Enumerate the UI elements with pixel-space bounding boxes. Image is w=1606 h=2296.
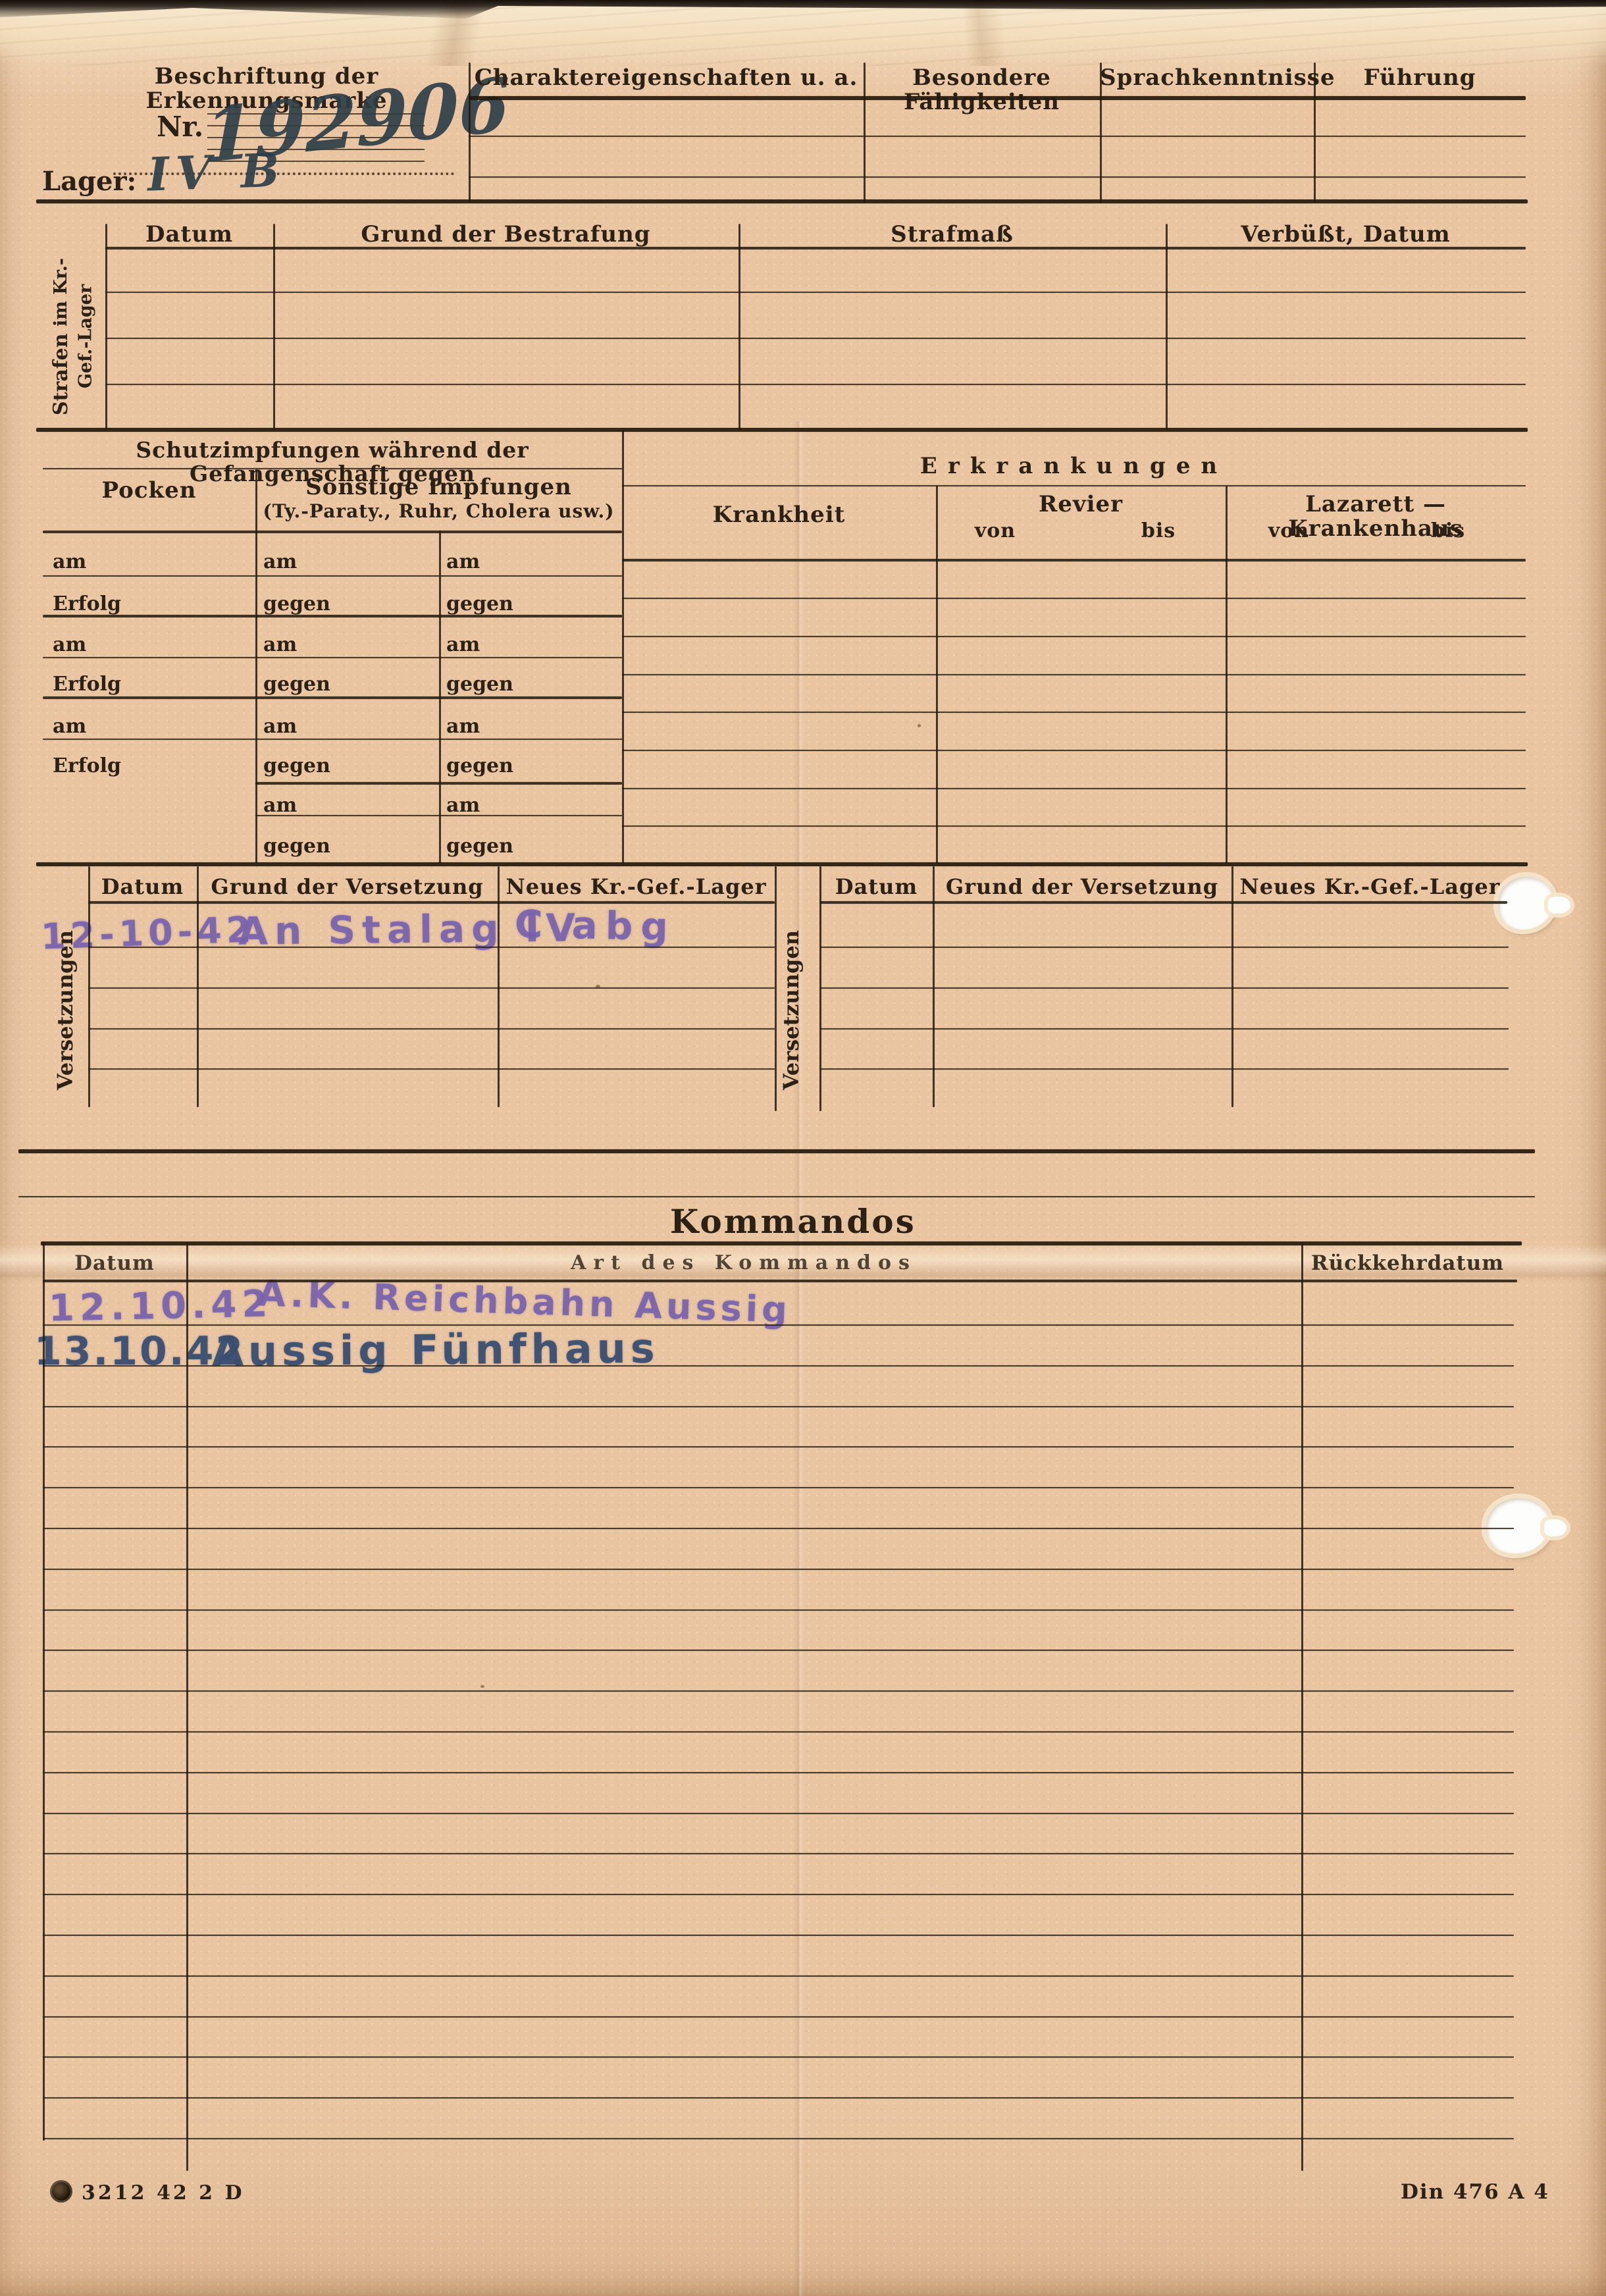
rule-line (469, 96, 1526, 100)
col-header-revier: Revier (936, 492, 1226, 517)
rule-line (43, 2056, 1514, 2058)
col-header-krankheit: Krankheit (622, 503, 936, 527)
paper-speck (918, 724, 921, 727)
rule-line (255, 469, 257, 864)
rule-line (469, 63, 471, 203)
rule-line (43, 1975, 1514, 1977)
rule-line (105, 338, 1526, 339)
col-header-lazarett-von: von (1256, 520, 1322, 542)
lager-label: Lager: (42, 166, 136, 197)
rule-line (439, 531, 441, 864)
col-header-charaktereigenschaften: Charaktereigenschaften u. a. (469, 66, 864, 90)
vaccination-row-label: am (263, 715, 297, 738)
rule-line (864, 63, 866, 203)
rule-line (43, 739, 622, 740)
section-title-kommandos: Kommandos (670, 1203, 897, 1239)
rule-line (820, 947, 1509, 948)
rule-line (622, 712, 1526, 713)
stamp-versetzung-date: 12-10-42 (40, 908, 256, 957)
rule-line (498, 866, 500, 1107)
col-header-grund-der-versetzung-left: Grund der Versetzung (197, 875, 498, 899)
handwritten-camp: IV B (147, 142, 287, 201)
rule-line (105, 292, 1526, 293)
rule-line (36, 199, 1528, 203)
rule-line (18, 1196, 1535, 1197)
rule-line (43, 1365, 1514, 1367)
side-label-strafen: Strafen im Kr.-Gef.-Lager (49, 250, 105, 423)
rule-line (88, 866, 90, 1107)
vaccination-row-label: Erfolg (53, 592, 121, 615)
vaccination-row-label: gegen (446, 592, 513, 615)
rule-line (43, 575, 622, 577)
nr-label: Nr. (157, 111, 203, 143)
vaccination-row-label: gegen (263, 592, 330, 615)
rule-line (43, 1853, 1514, 1854)
vaccination-row-label: am (263, 794, 297, 817)
rule-line (933, 866, 935, 1107)
col-header-sprachkenntnisse: Sprachkenntnisse (1100, 66, 1314, 90)
rule-line (43, 696, 622, 699)
rule-line (43, 468, 622, 469)
rule-line (36, 862, 1528, 866)
rule-line (43, 1324, 1514, 1326)
rule-line (820, 1028, 1509, 1030)
rule-line (105, 224, 107, 430)
paper-speck (480, 1685, 484, 1688)
vaccination-row-label: Erfolg (53, 754, 121, 777)
rule-line (88, 1068, 775, 1070)
rule-line (43, 1935, 1514, 1936)
vaccination-row-label: gegen (263, 754, 330, 777)
worn-top-edge (0, 3, 1606, 66)
vaccination-row-label: Erfolg (53, 673, 121, 696)
rule-line (1301, 1243, 1303, 2171)
rule-line (820, 901, 1507, 904)
rule-line (622, 598, 1526, 599)
vaccination-row-label: am (53, 715, 86, 738)
col-header-kommando-datum: Datum (43, 1252, 186, 1274)
stamp-kommando-1-date: 12.10.42 (48, 1282, 273, 1330)
vaccination-row-label: gegen (446, 835, 513, 858)
rule-line (43, 2016, 1514, 2018)
rule-line (622, 636, 1526, 637)
rule-line (936, 486, 938, 864)
col-header-sonstige-impfungen: Sonstige Impfungen (255, 475, 622, 500)
rule-line (1226, 486, 1228, 864)
rule-line (622, 430, 624, 864)
col-header-revier-bis: bis (1126, 520, 1191, 542)
rule-line (43, 1772, 1514, 1773)
rule-line (622, 750, 1526, 751)
side-label-versetzungen-right: Versetzungen (779, 915, 817, 1106)
col-header-versetzung-datum-left: Datum (88, 875, 197, 899)
footer-din-format: Din 476 A 4 (1401, 2180, 1549, 2204)
col-header-strafmass: Strafmaß (738, 222, 1166, 247)
rule-line (43, 1280, 1517, 1282)
punch-hole (1486, 1498, 1549, 1553)
col-header-versetzung-datum-right: Datum (820, 875, 933, 899)
rule-line (1100, 63, 1102, 203)
pow-record-card-back: Beschriftung der Erkennungsmarke Nr. 192… (0, 0, 1606, 2296)
rule-line (622, 674, 1526, 675)
rule-line (43, 1609, 1514, 1611)
rule-line (43, 657, 622, 658)
rule-line (43, 2097, 1514, 2099)
col-header-fuehrung: Führung (1314, 66, 1526, 90)
col-header-lazarett-bis: bis (1415, 520, 1481, 542)
printer-mark-icon (50, 2180, 72, 2203)
vaccination-row-label: gegen (446, 754, 513, 777)
col-header-pocken: Pocken (43, 479, 255, 503)
rule-line (43, 1731, 1514, 1733)
rule-line (88, 901, 775, 904)
rule-line (775, 866, 777, 1111)
rule-line (88, 1028, 775, 1030)
col-header-art-des-kommandos: Art des Kommandos (186, 1252, 1301, 1274)
col-header-sonstige-impfungen-detail: (Ty.-Paraty., Ruhr, Cholera usw.) (255, 502, 622, 522)
rule-line (105, 384, 1526, 385)
rule-line (622, 559, 1526, 561)
vaccination-row-label: am (53, 633, 86, 656)
vaccination-row-label: gegen (263, 835, 330, 858)
vaccination-row-label: am (446, 715, 480, 738)
vaccination-row-label: gegen (263, 673, 330, 696)
rule-line (43, 531, 622, 533)
col-header-rueckkehrdatum: Rückkehrdatum (1301, 1252, 1514, 1274)
col-header-neues-lager-right: Neues Kr.-Gef.-Lager (1231, 875, 1509, 899)
rule-line (820, 1068, 1509, 1070)
rule-line (1314, 63, 1316, 203)
vaccination-row-label: am (53, 550, 86, 573)
rule-line (622, 788, 1526, 789)
rule-line (105, 247, 1526, 249)
vaccination-row-label: am (446, 794, 480, 817)
rule-line (469, 136, 1526, 137)
col-header-grund-der-bestrafung: Grund der Bestrafung (273, 222, 738, 247)
rule-line (43, 1569, 1514, 1570)
vaccination-row-label: am (263, 550, 297, 573)
stamp-versetzung-neues-lager: C abg (514, 902, 676, 949)
rule-line (43, 1243, 45, 2141)
rule-line (43, 1650, 1514, 1651)
col-header-verbuesst-datum: Verbüßt, Datum (1166, 222, 1526, 247)
rule-line (738, 224, 740, 430)
stamp-kommando-2-art: Aussig Fünfhaus (212, 1324, 660, 1376)
col-header-grund-der-versetzung-right: Grund der Versetzung (933, 875, 1231, 899)
rule-line (36, 428, 1528, 432)
rule-line (88, 947, 775, 948)
rule-line (819, 866, 821, 1111)
rule-line (622, 825, 1526, 827)
section-title-erkrankungen: Erkrankungen (622, 454, 1526, 479)
vaccination-row-label: am (446, 633, 480, 656)
col-header-neues-lager-left: Neues Kr.-Gef.-Lager (498, 875, 775, 899)
vaccination-row-label: am (263, 633, 297, 656)
rule-line (43, 1894, 1514, 1895)
rule-line (43, 1446, 1514, 1448)
rule-line (43, 615, 622, 617)
rule-line (43, 1813, 1514, 1814)
rule-line (622, 485, 1526, 486)
col-header-revier-von: von (962, 520, 1028, 542)
vaccination-row-label: gegen (446, 673, 513, 696)
rule-line (820, 987, 1509, 989)
side-label-strafen-line1: Strafen (49, 333, 72, 415)
rule-line (43, 1406, 1514, 1407)
rule-line (1166, 224, 1168, 430)
rule-line (186, 1243, 188, 2171)
rule-line (469, 176, 1526, 178)
rule-line (43, 1487, 1514, 1488)
rule-line (43, 1690, 1514, 1692)
rule-line (18, 1149, 1535, 1153)
footer-print-code: 3212 42 2 D (82, 2181, 244, 2205)
vaccination-row-label: am (446, 550, 480, 573)
vertical-fold-crease (794, 421, 804, 2296)
rule-line (273, 224, 275, 430)
rule-line (43, 1528, 1514, 1529)
rule-line (43, 2138, 1514, 2139)
rule-line (41, 1241, 1522, 1245)
rule-line (1231, 866, 1233, 1107)
rule-line (197, 866, 199, 1107)
col-header-besondere-faehigkeiten: Besondere Fähigkeiten (864, 66, 1100, 115)
col-header-strafen-datum: Datum (105, 222, 273, 247)
rule-line (88, 987, 775, 989)
